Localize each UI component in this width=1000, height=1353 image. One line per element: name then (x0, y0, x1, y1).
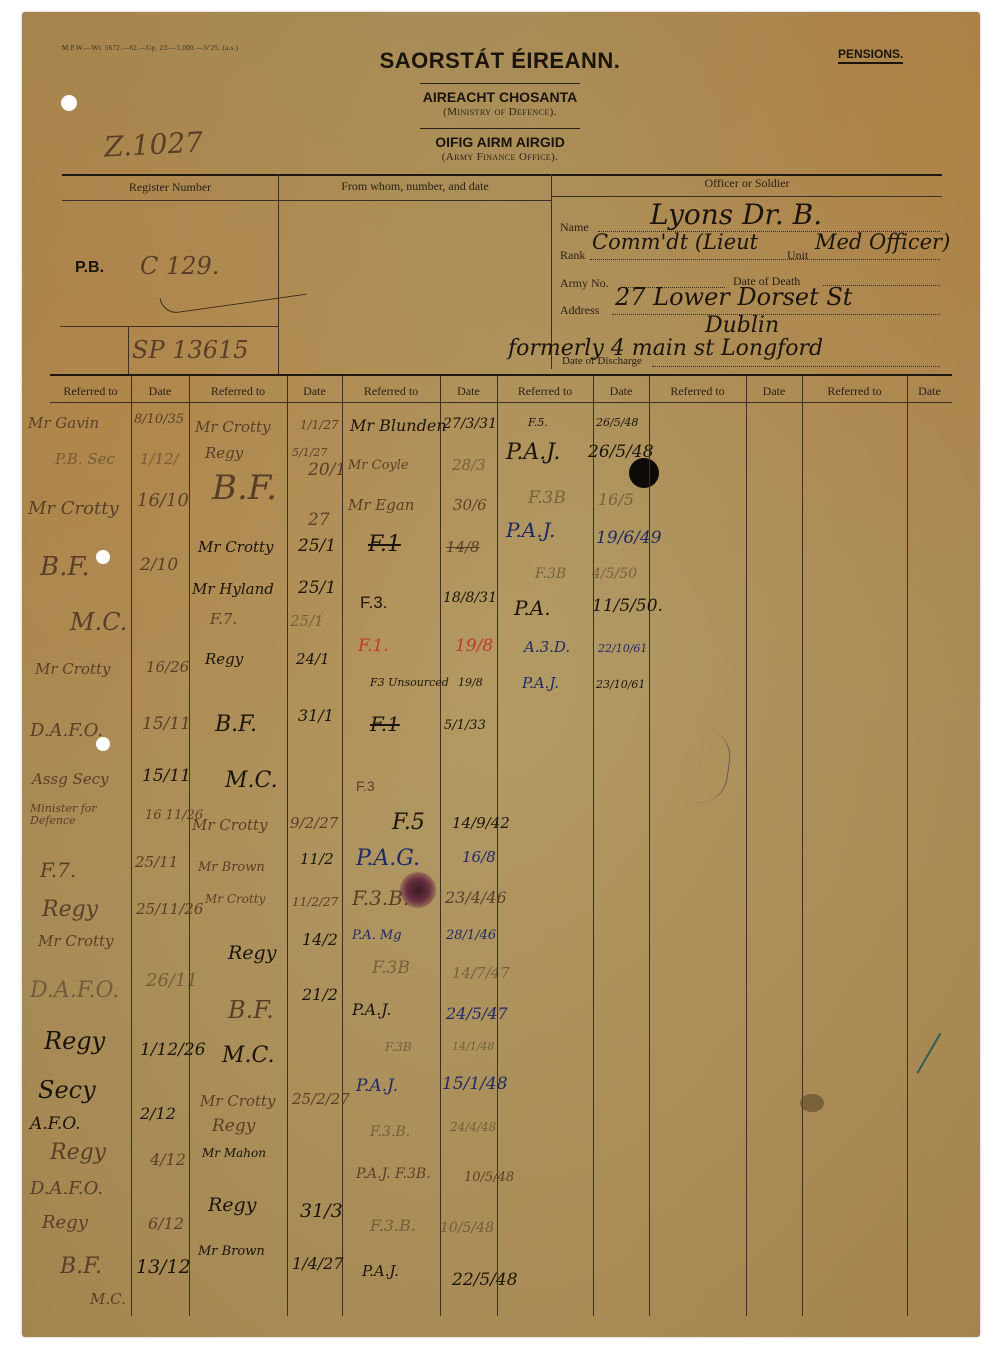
table-cell-referred: Mr Crotty (28, 498, 119, 519)
table-cell-referred: F.3.B. (370, 1124, 410, 1140)
table-cell-date: 11/2/27 (292, 895, 338, 909)
table-cell-referred: F.3 (356, 778, 375, 794)
table-cell-referred: F.3. (360, 593, 387, 613)
table-cell-date: 18/8/31 (443, 590, 497, 606)
table-cell-date: 13/12 (136, 1256, 191, 1278)
divider (420, 83, 580, 84)
table-cell-referred: Mr Brown (198, 1244, 265, 1259)
table-cell-referred: M.C. (225, 768, 278, 793)
table-cell-referred: Regy (42, 1212, 88, 1233)
table-cell-referred: Regy (228, 942, 276, 964)
table-cell-referred: Mr Brown (198, 860, 265, 875)
table-cell-referred: Mr Egan (348, 496, 414, 514)
table-cell-referred: F.3B (385, 1040, 412, 1054)
table-cell-referred: Assg Secy (32, 770, 109, 788)
table-cell-date: 25/2/27 (292, 1090, 350, 1108)
table-cell-date: 10/5/48 (440, 1220, 494, 1236)
col-header-date: Date (287, 384, 342, 399)
col-header-date: Date (593, 384, 649, 399)
table-cell-date: 5/1/27 (292, 446, 327, 459)
table-cell-date: 22/5/48 (452, 1270, 518, 1290)
table-top-rule (50, 374, 952, 376)
table-cell-date: 24/5/47 (446, 1004, 508, 1023)
table-cell-referred: Regy (205, 444, 243, 462)
table-header-rule (50, 402, 952, 403)
table-cell-referred: Regy (205, 650, 243, 668)
table-cell-date: 23/4/46 (445, 888, 507, 907)
col-divider (278, 174, 279, 374)
table-cell-date: 16/10 (137, 490, 189, 511)
table-cell-referred: Mr Mahon (202, 1146, 266, 1160)
table-cell-referred: B.F. (228, 996, 274, 1024)
unit-label: Unit (787, 248, 808, 263)
divider (420, 128, 580, 129)
header-rule (552, 196, 942, 197)
table-cell-date: 28/1/46 (446, 928, 496, 943)
pensions-label: PENSIONS. (838, 47, 903, 64)
table-cell-date: 20/1 (308, 460, 346, 480)
date-of-discharge-field-line (652, 366, 940, 367)
register-secondary-number: SP 13615 (132, 336, 249, 364)
table-cell-referred: P.A.J. (522, 674, 559, 692)
table-cell-date: 9/2/27 (290, 814, 338, 832)
table-cell-referred: Mr Crotty (192, 816, 268, 834)
col-header-referred-to: Referred to (497, 384, 593, 399)
army-no-label: Army No. (560, 276, 609, 291)
table-cell-date: 14/7/47 (452, 964, 510, 982)
col-divider (128, 326, 129, 374)
table-cell-referred: Mr Crotty (38, 932, 114, 950)
col-divider (440, 376, 441, 1316)
register-number-value: C 129. (140, 252, 219, 280)
col-header-date: Date (746, 384, 802, 399)
table-cell-date: 1/12/ (140, 450, 179, 468)
col-header-date: Date (131, 384, 189, 399)
stain (800, 1094, 824, 1112)
address-label: Address (560, 303, 599, 318)
col-divider (593, 376, 594, 1316)
table-cell-referred: P.B. Sec (55, 450, 115, 468)
table-cell-referred: Mr Crotty (200, 1092, 276, 1110)
table-cell-referred: F.3B (528, 488, 566, 508)
table-cell-referred: Mr Blunden (350, 416, 447, 435)
table-cell-date: 11/2 (300, 850, 334, 868)
col-header-referred-to: Referred to (189, 384, 287, 399)
table-cell-date: 27/3/31 (443, 416, 497, 432)
table-cell-referred: F.3B (372, 958, 410, 978)
col-header-date: Date (440, 384, 497, 399)
col-divider (189, 376, 190, 1316)
ministry-english: (Ministry of Defence). (0, 106, 1000, 118)
col-divider (907, 376, 908, 1316)
table-cell-referred: M.C. (90, 1290, 126, 1308)
table-cell-referred: M.C. (222, 1043, 275, 1068)
col-header-referred-to: Referred to (802, 384, 907, 399)
table-cell-date: 4/5/50 (592, 566, 637, 582)
table-cell-referred: P.A.J. (362, 1262, 399, 1280)
table-cell-referred: Regy (208, 1194, 256, 1216)
table-cell-referred: F.7. (40, 858, 76, 882)
table-cell-referred: Mr Crotty (35, 660, 111, 678)
table-cell-referred: D.A.F.O. (30, 978, 119, 1003)
table-cell-referred: Regy (44, 1027, 105, 1055)
table-cell-date: 16/26 (146, 658, 189, 676)
officer-header: Officer or Soldier (552, 176, 942, 191)
table-cell-referred: P.A.J. (506, 518, 555, 542)
col-divider (746, 376, 747, 1316)
table-cell-date: 19/8 (455, 636, 493, 656)
table-cell-date: 15/1/48 (442, 1074, 508, 1094)
table-cell-referred: Mr Coyle (348, 458, 409, 473)
table-cell-referred: P.A. Mg (352, 928, 402, 943)
table-cell-referred: Mr Hyland (192, 580, 274, 598)
table-cell-date: 4/12 (150, 1150, 186, 1169)
table-cell-date: 30/6 (453, 496, 487, 514)
table-cell-referred: F.3.B. (352, 886, 409, 910)
col-divider (802, 376, 803, 1316)
table-cell-referred: P.A.J. F.3B. (356, 1166, 431, 1182)
table-cell-referred: D.A.F.O. (30, 720, 103, 741)
table-cell-date: 24/1 (296, 650, 330, 668)
table-cell-date: 25/1 (298, 578, 336, 598)
table-cell-date: 14/8 (446, 538, 480, 556)
table-cell-date: 25/11/26 (136, 900, 203, 918)
table-cell-referred: F.3.B. (370, 1216, 416, 1235)
table-cell-referred: P.A.G. (356, 846, 420, 871)
table-cell-date: 11/5/50. (592, 596, 663, 616)
table-cell-referred: F.1 (370, 712, 400, 736)
table-cell-referred: Mr Crotty (198, 538, 274, 556)
table-cell-referred: Regy (50, 1140, 106, 1165)
table-cell-date: 28/3 (452, 456, 486, 474)
name-value[interactable]: Lyons Dr. B. (650, 198, 822, 231)
table-cell-date: 2/12 (140, 1104, 176, 1123)
table-cell-date: 14/9/42 (452, 814, 510, 832)
table-cell-referred: Minister for Defence (30, 803, 130, 827)
rank-field-line (590, 259, 940, 260)
table-cell-referred: F.7. (210, 610, 237, 628)
table-cell-referred: P.A.J. (352, 1000, 392, 1019)
register-number-header: Register Number (62, 180, 278, 195)
table-cell-referred: B.F. (40, 552, 90, 582)
table-cell-date: 23/10/61 (596, 678, 645, 691)
ink-blot (629, 458, 659, 488)
address-line-2[interactable]: Dublin (705, 313, 779, 338)
table-cell-date: 5/1/33 (444, 718, 486, 733)
table-cell-referred: M.C. (70, 608, 127, 636)
col-header-date: Date (907, 384, 952, 399)
table-cell-date: 21/2 (302, 985, 338, 1004)
table-cell-referred: P.A.J. (356, 1076, 398, 1096)
table-cell-date: 22/10/61 (598, 642, 647, 655)
table-cell-date: 25/1 (298, 536, 336, 556)
table-cell-date: 27 (308, 510, 330, 530)
table-cell-date: 16/5 (598, 490, 634, 509)
table-cell-referred: F3 Unsourced (370, 676, 449, 689)
table-cell-date: 26/11 (146, 970, 198, 991)
table-cell-date: 1/12/26 (140, 1040, 206, 1060)
col-divider (649, 376, 650, 1316)
table-cell-date: 10/5/48 (464, 1170, 514, 1185)
table-cell-date: 19/8 (458, 676, 483, 689)
table-cell-referred: F.3B (535, 566, 566, 582)
col-header-referred-to: Referred to (50, 384, 131, 399)
table-cell-date: 31/1 (298, 706, 334, 725)
table-cell-date: 26/5/48 (596, 416, 638, 429)
rank-label: Rank (560, 248, 585, 263)
from-whom-header: From whom, number, and date (279, 179, 551, 194)
table-cell-date: 15/11 (142, 766, 191, 786)
header-rule (62, 200, 552, 201)
rank-value[interactable]: Comm'dt (Lieut (592, 230, 758, 254)
table-cell-date: 25/1 (290, 612, 324, 630)
col-divider (131, 376, 132, 1316)
table-cell-referred: A.3.D. (524, 638, 570, 656)
col-divider (342, 376, 343, 1316)
table-cell-referred: D.A.F.O. (30, 1178, 103, 1199)
address-line-3[interactable]: formerly 4 main st Longford (508, 336, 823, 361)
register-rule (60, 326, 278, 327)
table-cell-referred: B.F. (215, 712, 257, 737)
table-cell-date: 25/11 (135, 853, 178, 871)
ministry-irish: AIREACHT CHOSANTA (0, 89, 1000, 105)
table-cell-referred: Mr Crotty (195, 418, 271, 436)
table-cell-referred: Regy (212, 1116, 255, 1136)
table-cell-date: 26/5/48 (588, 442, 654, 462)
table-cell-referred: A.F.O. (30, 1114, 81, 1134)
table-cell-referred: B.F. (212, 468, 277, 508)
register-prefix: P.B. (75, 259, 104, 277)
table-cell-referred: Secy (38, 1076, 96, 1104)
table-cell-referred: Mr Crotty (205, 892, 265, 906)
table-cell-date: 31/3 (300, 1200, 343, 1222)
table-cell-date: 15/11 (142, 714, 191, 734)
table-cell-date: 1/1/27 (300, 418, 339, 432)
table-cell-referred: F.1 (368, 532, 401, 557)
address-line-1[interactable]: 27 Lower Dorset St (615, 283, 852, 311)
punch-hole (96, 550, 110, 564)
col-header-referred-to: Referred to (342, 384, 440, 399)
table-cell-date: 6/12 (148, 1214, 184, 1233)
table-cell-date: 14/2 (302, 930, 338, 949)
table-cell-date: 24/4/48 (450, 1120, 496, 1134)
table-cell-referred: B.F. (60, 1254, 102, 1279)
col-header-referred-to: Referred to (649, 384, 746, 399)
table-cell-date: 8/10/35 (134, 412, 184, 427)
table-cell-referred: P.A. (514, 596, 551, 620)
name-label: Name (560, 220, 589, 235)
table-cell-referred: F.5 (392, 810, 425, 835)
table-cell-referred: Mr Gavin (28, 414, 99, 432)
table-cell-date: 1/4/27 (292, 1254, 344, 1273)
col-divider (287, 376, 288, 1316)
table-cell-date: 16/8 (462, 848, 496, 866)
table-cell-date: 14/1/48 (452, 1040, 494, 1053)
table-cell-referred: F.1. (358, 636, 389, 656)
table-cell-date: 2/10 (140, 555, 178, 575)
table-cell-referred: Regy (42, 897, 98, 922)
table-cell-date: 19/6/49 (596, 528, 662, 548)
file-number: Z.1027 (103, 125, 204, 163)
table-cell-referred: F.5. (528, 416, 548, 429)
unit-value[interactable]: Med Officer) (815, 230, 950, 254)
table-cell-referred: P.A.J. (506, 440, 560, 465)
